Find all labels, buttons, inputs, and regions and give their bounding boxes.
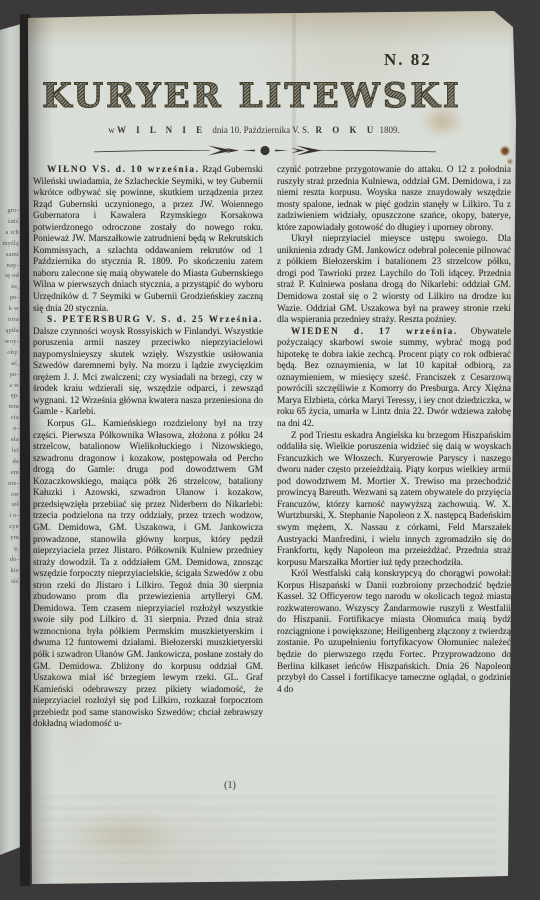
gutter-shadow [28,10,54,886]
article-text: czynić potrzebne przygotowanie do attaku… [277,165,511,233]
article-paragraph-westfalski: Król Westfalski całą konskrypcyą do chor… [277,569,511,696]
article-column-left: WIŁNO VS. d. 10 września. Rząd Gubernski… [33,165,263,787]
dateline-roku: R O K U [316,125,378,135]
article-text: Obywatele pożyczaiący skarbowi swoie sum… [277,327,511,429]
dateline-date: dnia 10. Października V. S. [212,125,309,135]
masthead-title: KURYER LITEWSKI [26,76,478,116]
section-heading-petersburg: S. PETERSBURG V. S. d. 25 Września. [47,315,263,325]
article-text: Rząd Gubernski Wileński uwiadamia, że Sz… [33,165,263,314]
article-paragraph-wieden: WIEDEN d. 17 września. Obywatele pożycza… [277,327,511,431]
page-number: (1) [150,780,310,791]
article-text: Dalsze czynności woysk Rossyiskich w Fin… [33,327,263,418]
page-edge-shadow [508,10,522,890]
newspaper-page: N. 82 KURYER LITEWSKI w W I L N I E dnia… [0,0,540,900]
issue-number: N. 82 [384,50,474,70]
article-text: Z pod Triestu eskadra Angielska ku brzeg… [277,431,511,568]
ornament-divider-icon [92,142,438,158]
section-heading-wieden: WIEDEN d. 17 września. [291,327,458,337]
article-paragraph-continuation: czynić potrzebne przygotowanie do attaku… [277,165,511,234]
article-paragraph-triest: Z pod Triestu eskadra Angielska ku brzeg… [277,431,511,570]
binding-gutter [20,14,30,886]
previous-page-edge: gro- śnić a ich myślą sami nay- ię od ze… [0,24,21,855]
dateline-prefix: w [108,125,115,135]
article-paragraph-wilno: WIŁNO VS. d. 10 września. Rząd Gubernski… [33,165,263,315]
dateline-year: 1809. [380,125,400,135]
article-paragraph-ukryl: Ukrył nieprzyiaciel mieysce ustępu swoie… [277,234,511,326]
article-paragraph-petersburg: S. PETERSBURG V. S. d. 25 Września. Dals… [33,315,263,419]
article-text: Korpus GL. Kamieńskiego rozdzielony był … [33,419,263,729]
dateline-city: W I L N I E [117,125,206,135]
previous-page-text-fragments: gro- śnić a ich myślą sami nay- ię od ze… [1,206,19,588]
article-column-right: czynić potrzebne przygotowanie do attaku… [277,165,511,779]
section-heading-wilno: WIŁNO VS. d. 10 września. [47,165,200,175]
article-paragraph-korpus: Korpus GL. Kamieńskiego rozdzielony był … [33,419,263,731]
article-text: Ukrył nieprzyiaciel mieysce ustępu swoie… [277,234,511,325]
article-text: Król Westfalski całą konskrypcyą do chor… [277,569,511,694]
newspaper-scan: gro- śnić a ich myślą sami nay- ię od ze… [0,0,540,900]
dateline: w W I L N I E dnia 10. Października V. S… [30,125,478,135]
